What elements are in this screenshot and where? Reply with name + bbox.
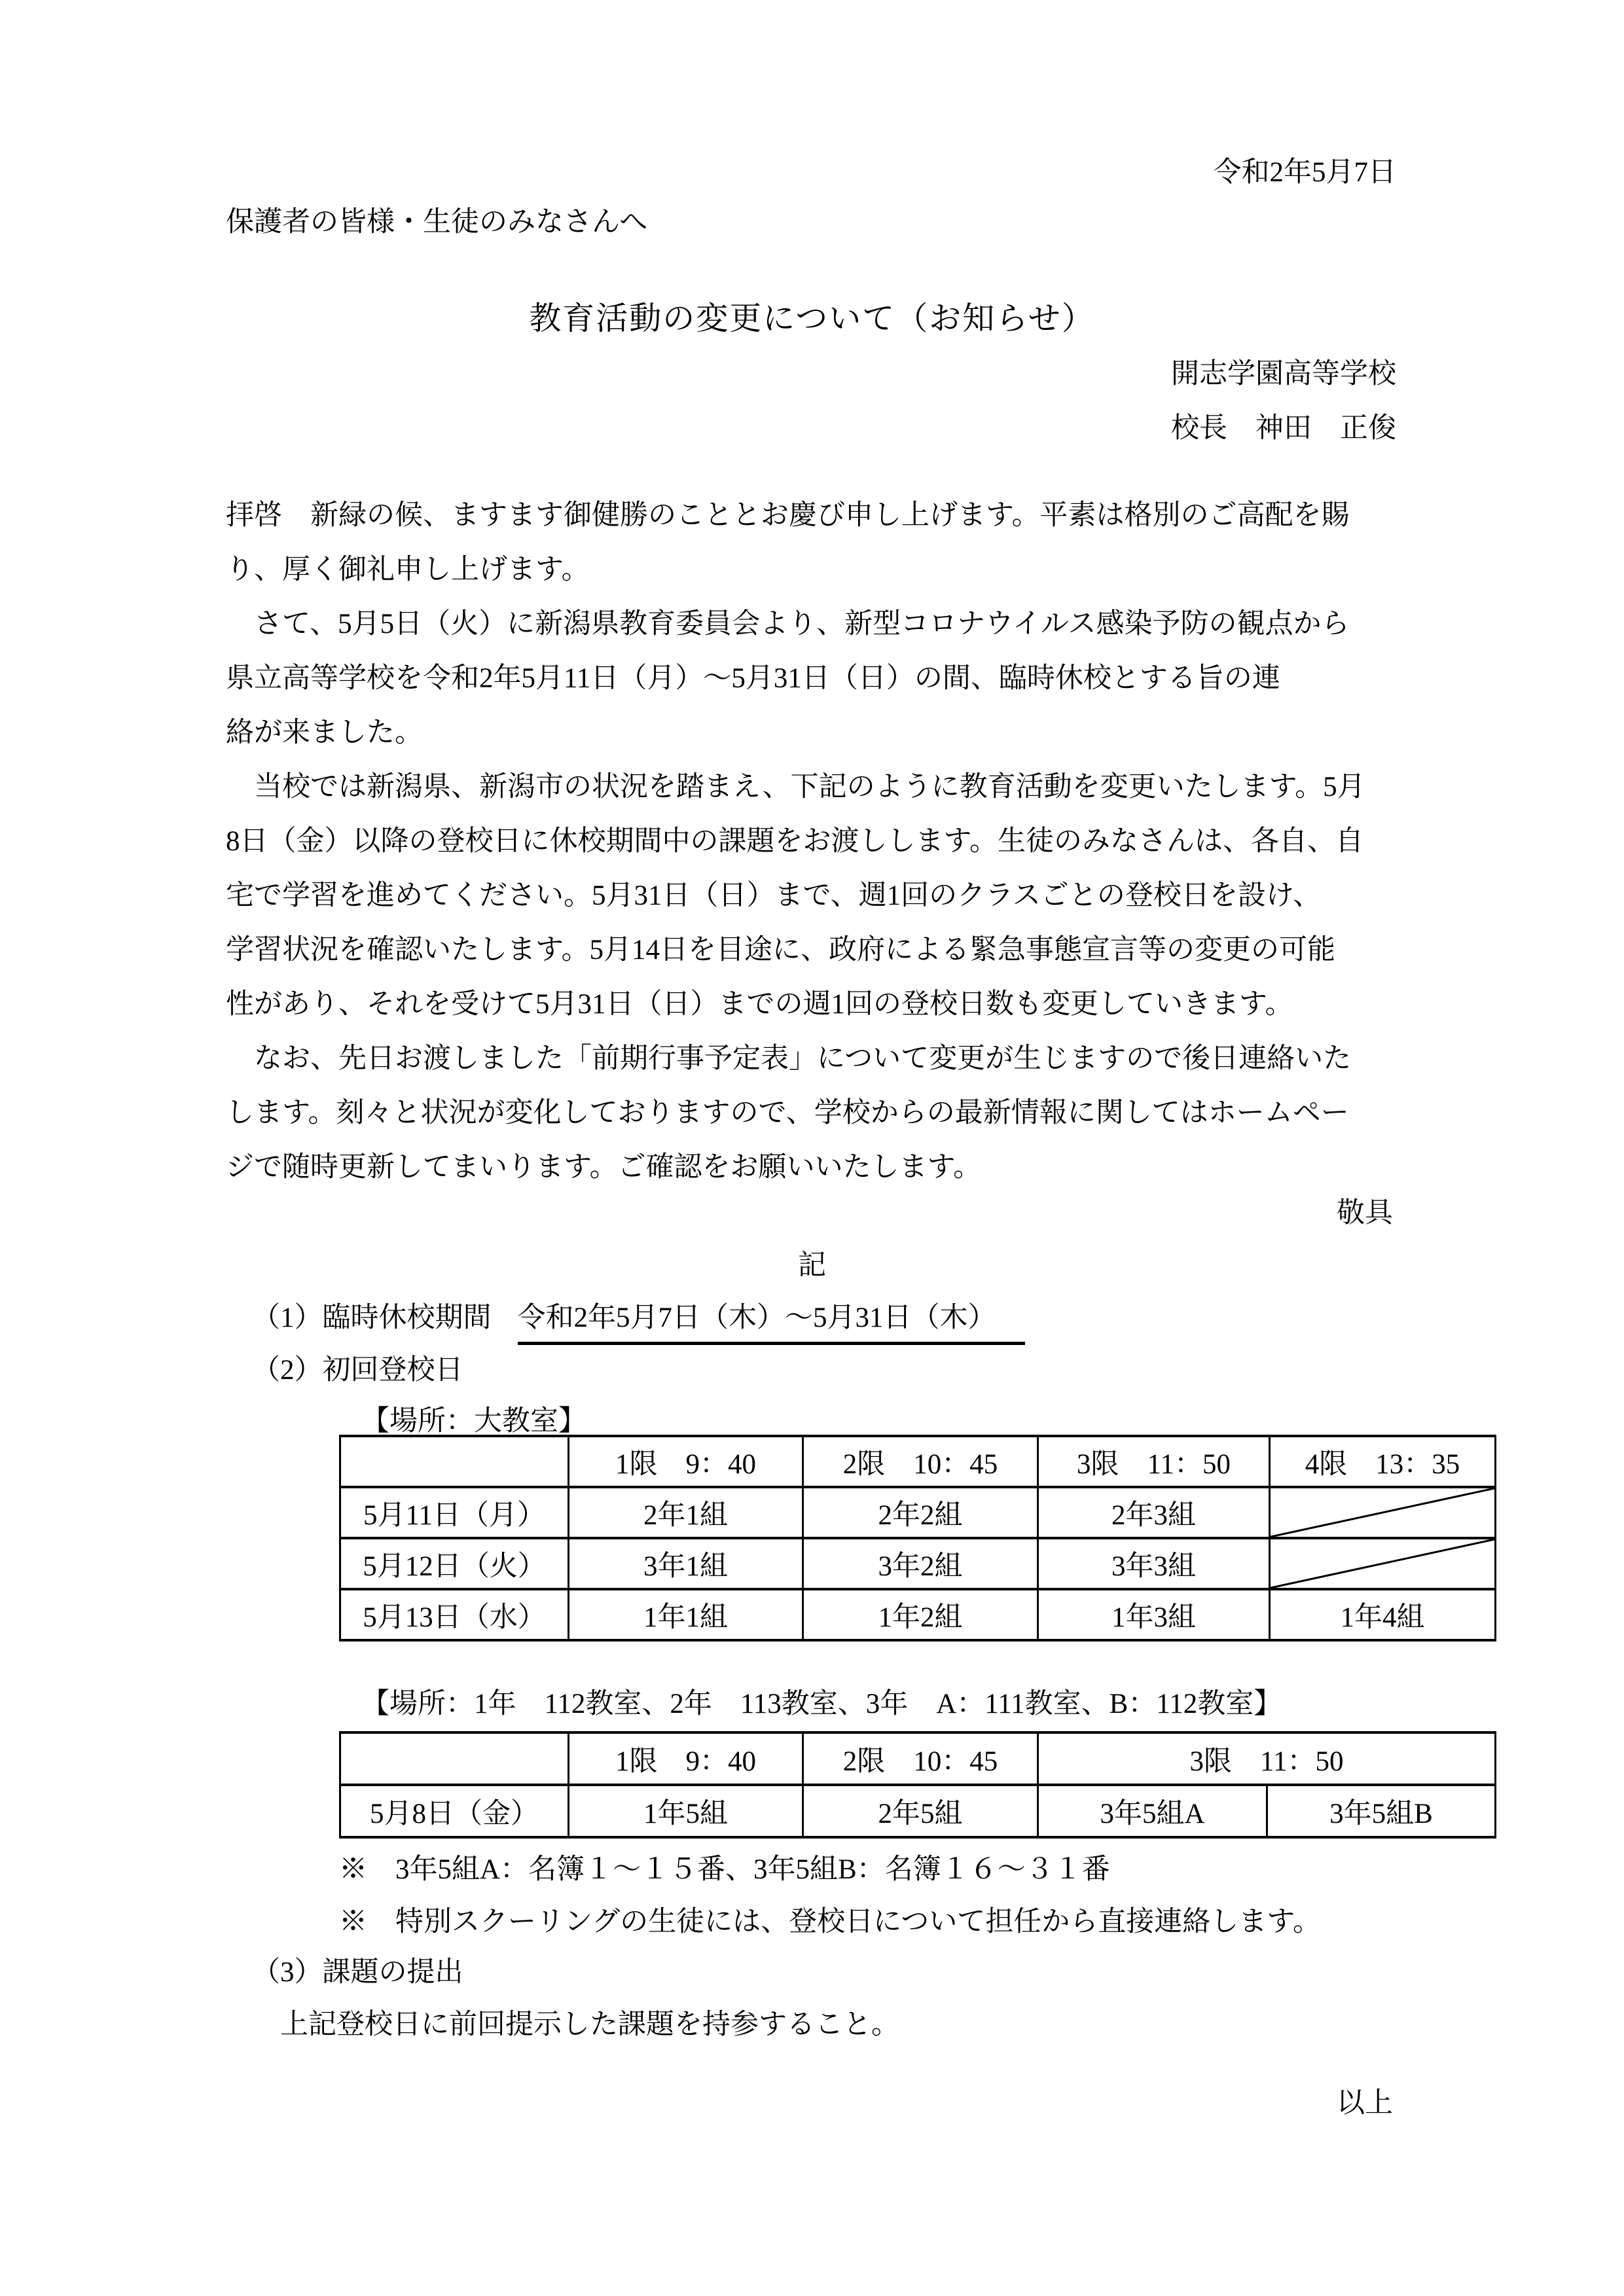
doc-date: 令和2年5月7日 bbox=[0, 152, 1396, 194]
text-line: します。刻々と状況が変化しておりますので、学校からの最新情報に関してはホームペー bbox=[226, 1086, 1404, 1140]
list-item-first-attendance: （2）初回登校日 bbox=[252, 1350, 463, 1391]
end-mark: 以上 bbox=[0, 2083, 1393, 2125]
text-line: 絡が来ました。 bbox=[226, 706, 1404, 760]
text-line: 学習状況を確認いたします。5月14日を目途に、政府による緊急事態宣言等の変更の可… bbox=[226, 923, 1404, 977]
empty-diagonal-cell bbox=[1270, 1487, 1496, 1538]
class-cell: 2年5組 bbox=[803, 1785, 1038, 1837]
table-row: 5月8日（金） 1年5組 2年5組 3年5組A 3年5組B bbox=[340, 1785, 1496, 1837]
header-cell-period3-merged: 3限 11：50 bbox=[1038, 1732, 1496, 1785]
text-line: 8日（金）以降の登校日に休校期間中の課題をお渡しします。生徒のみなさんは、各自、… bbox=[226, 814, 1404, 869]
class-cell: 2年3組 bbox=[1038, 1487, 1270, 1538]
recipient-line: 保護者の皆様・生徒のみなさんへ bbox=[226, 202, 647, 243]
assignment-instruction: 上記登校日に前回提示した課題を持参すること。 bbox=[280, 2004, 899, 2046]
header-cell-empty bbox=[340, 1732, 569, 1785]
date-cell: 5月13日（水） bbox=[340, 1589, 569, 1640]
class-cell: 1年5組 bbox=[569, 1785, 803, 1837]
text-line: 性があり、それを受けて5月31日（日）までの週1回の登校日数も変更していきます。 bbox=[226, 977, 1404, 1031]
text-line: 当校では新潟県、新潟市の状況を踏まえ、下記のように教育活動を変更いたします。5月 bbox=[226, 760, 1404, 814]
text-line: 宅で学習を進めてください。5月31日（日）まで、週1回のクラスごとの登校日を設け… bbox=[226, 869, 1404, 923]
closure-period-underlined: 令和2年5月7日（木）～5月31日（木） bbox=[518, 1297, 1025, 1345]
text-line: り、厚く御礼申し上げます。 bbox=[226, 543, 1404, 597]
record-mark: 記 bbox=[0, 1245, 1624, 1287]
school-name: 開志学園高等学校 bbox=[0, 353, 1396, 395]
diagonal-line bbox=[1271, 1539, 1494, 1588]
text-line: さて、5月5日（火）に新潟県教育委員会より、新型コロナウイルス感染予防の観点から bbox=[226, 597, 1404, 651]
header-cell-period2: 2限 10：45 bbox=[803, 1732, 1038, 1785]
schedule-table-friday: 1限 9：40 2限 10：45 3限 11：50 5月8日（金） 1年5組 2… bbox=[339, 1731, 1496, 1839]
class-cell: 2年1組 bbox=[569, 1487, 803, 1538]
paragraph-school-changes: 当校では新潟県、新潟市の状況を踏まえ、下記のように教育活動を変更いたします。5月… bbox=[226, 760, 1404, 1031]
class-cell: 3年5組A bbox=[1038, 1785, 1267, 1837]
date-cell: 5月8日（金） bbox=[340, 1785, 569, 1837]
text-line: ジで随時更新してまいります。ご確認をお願いいたします。 bbox=[226, 1140, 1404, 1194]
class-cell: 2年2組 bbox=[803, 1487, 1038, 1538]
document-page: 令和2年5月7日 保護者の皆様・生徒のみなさんへ 教育活動の変更について（お知ら… bbox=[0, 0, 1624, 2296]
table-row: 5月12日（火） 3年1組 3年2組 3年3組 bbox=[340, 1538, 1496, 1589]
text-line: 拝啓 新緑の候、ますます御健勝のこととお慶び申し上げます。平素は格別のご高配を賜 bbox=[226, 488, 1404, 543]
list-item-closure-period: （1）臨時休校期間令和2年5月7日（木）～5月31日（木） bbox=[252, 1297, 1025, 1339]
text-line: 県立高等学校を令和2年5月11日（月）～5月31日（日）の間、臨時休校とする旨の… bbox=[226, 651, 1404, 706]
class-cell: 1年3組 bbox=[1038, 1589, 1270, 1640]
table-row: 5月11日（月） 2年1組 2年2組 2年3組 bbox=[340, 1487, 1496, 1538]
page-title: 教育活動の変更について（お知らせ） bbox=[0, 298, 1624, 340]
table-header-row: 1限 9：40 2限 10：45 3限 11：50 4限 13：35 bbox=[340, 1436, 1496, 1487]
class-cell: 3年2組 bbox=[803, 1538, 1038, 1589]
paragraph-greeting: 拝啓 新緑の候、ますます御健勝のこととお慶び申し上げます。平素は格別のご高配を賜… bbox=[226, 488, 1404, 597]
location-rooms-label: 【場所：1年 112教室、2年 113教室、3年 A：111教室、B：112教室… bbox=[361, 1683, 1282, 1725]
class-cell: 1年2組 bbox=[803, 1589, 1038, 1640]
text-line: なお、先日お渡しました「前期行事予定表」について変更が生じますので後日連絡いた bbox=[226, 1031, 1404, 1086]
table-row: 5月13日（水） 1年1組 1年2組 1年3組 1年4組 bbox=[340, 1589, 1496, 1640]
header-cell-period1: 1限 9：40 bbox=[569, 1732, 803, 1785]
list-item-assignments: （3）課題の提出 bbox=[252, 1952, 463, 1994]
note-class-split: ※ 3年5組A：名簿１～１５番、3年5組B：名簿１６～３１番 bbox=[339, 1849, 1110, 1891]
header-cell-empty bbox=[340, 1436, 569, 1487]
paragraph-board-notice: さて、5月5日（火）に新潟県教育委員会より、新型コロナウイルス感染予防の観点から… bbox=[226, 597, 1404, 760]
schedule-table-main: 1限 9：40 2限 10：45 3限 11：50 4限 13：35 5月11日… bbox=[339, 1435, 1496, 1641]
table-header-row: 1限 9：40 2限 10：45 3限 11：50 bbox=[340, 1732, 1496, 1785]
note-special-schooling: ※ 特別スクーリングの生徒には、登校日について担任から直接連絡します。 bbox=[339, 1901, 1321, 1943]
class-cell: 3年3組 bbox=[1038, 1538, 1270, 1589]
date-cell: 5月12日（火） bbox=[340, 1538, 569, 1589]
class-cell: 1年4組 bbox=[1270, 1589, 1496, 1640]
diagonal-line bbox=[1271, 1488, 1494, 1537]
header-cell-period4: 4限 13：35 bbox=[1270, 1436, 1496, 1487]
empty-diagonal-cell bbox=[1270, 1538, 1496, 1589]
class-cell: 3年1組 bbox=[569, 1538, 803, 1589]
paragraph-followup: なお、先日お渡しました「前期行事予定表」について変更が生じますので後日連絡いた … bbox=[226, 1031, 1404, 1194]
header-cell-period3: 3限 11：50 bbox=[1038, 1436, 1270, 1487]
class-cell: 3年5組B bbox=[1267, 1785, 1496, 1837]
header-cell-period1: 1限 9：40 bbox=[569, 1436, 803, 1487]
closing-keigu: 敬具 bbox=[0, 1193, 1393, 1234]
header-cell-period2: 2限 10：45 bbox=[803, 1436, 1038, 1487]
principal-name: 校長 神田 正俊 bbox=[0, 408, 1396, 450]
class-cell: 1年1組 bbox=[569, 1589, 803, 1640]
list-item-label: （1）臨時休校期間 bbox=[252, 1302, 492, 1333]
date-cell: 5月11日（月） bbox=[340, 1487, 569, 1538]
